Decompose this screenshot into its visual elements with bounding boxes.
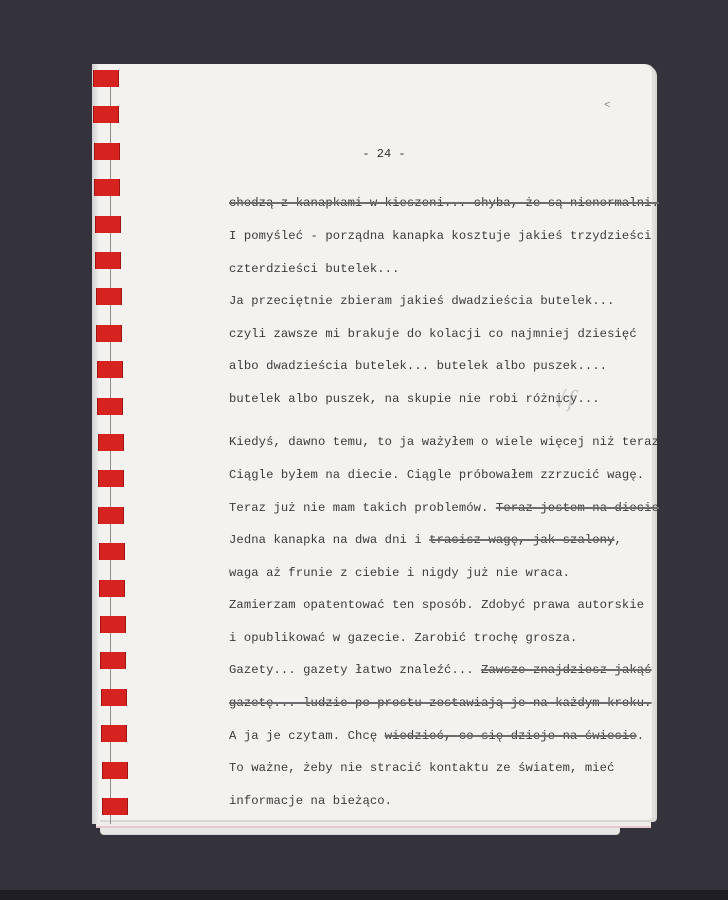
text-line: butelek albo puszek, na skupie nie robi … <box>229 392 600 406</box>
page-number: - 24 - <box>0 147 728 161</box>
text-segment: czyli zawsze mi brakuje do kolacji co na… <box>229 327 637 341</box>
struck-text: chodzą z kanapkami w kieszeni... chyba, … <box>229 196 659 210</box>
binding-tab <box>95 216 121 233</box>
text-line: Teraz już nie mam takich problemów. Tera… <box>229 501 666 515</box>
text-segment: waga aż frunie z ciebie i nigdy już nie … <box>229 566 570 580</box>
struck-text: Zawsze znajdziesz jakąś <box>481 663 652 677</box>
text-segment: Teraz już nie mam takich problemów. <box>229 501 496 515</box>
text-line: waga aż frunie z ciebie i nigdy już nie … <box>229 566 570 580</box>
text-segment: Ciągle byłem na diecie. Ciągle próbowałe… <box>229 468 644 482</box>
text-segment: Ja przeciętnie zbieram jakieś dwadzieści… <box>229 294 615 308</box>
text-line: A ja je czytam. Chcę wiedzieć, co się dz… <box>229 729 644 743</box>
binding-tab <box>101 689 127 706</box>
binding-tab <box>99 543 125 560</box>
text-line: Kiedyś, dawno temu, to ja ważyłem o wiel… <box>229 435 666 449</box>
spiral-binding <box>92 64 132 832</box>
binding-tab <box>102 798 128 815</box>
text-segment: czterdzieści butelek... <box>229 262 400 276</box>
text-segment: i opublikować w gazecie. Zarobić trochę … <box>229 631 577 645</box>
struck-text: tracisz wagę, jak szalony <box>429 533 614 547</box>
scanner-bed-edge <box>0 890 728 900</box>
text-line: Jedna kanapka na dwa dni i tracisz wagę,… <box>229 533 622 547</box>
binding-tab <box>97 398 123 415</box>
binding-tab <box>100 652 126 669</box>
text-line: Gazety... gazety łatwo znaleźć... Zawsze… <box>229 663 652 677</box>
text-segment: , <box>615 533 622 547</box>
text-segment: I pomyśleć - porządna kanapka kosztuje j… <box>229 229 666 243</box>
text-line: gazetę... ludzie po prostu zostawiają je… <box>229 696 652 710</box>
binding-tab <box>102 762 128 779</box>
text-segment: Kiedyś, dawno temu, to ja ważyłem o wiel… <box>229 435 666 449</box>
binding-tab <box>97 361 123 378</box>
text-line: chodzą z kanapkami w kieszeni... chyba, … <box>229 196 659 210</box>
binding-tab <box>98 470 124 487</box>
corner-pencil-mark: < <box>604 100 611 112</box>
text-line: Zamierzam opatentować ten sposób. Zdobyć… <box>229 598 644 612</box>
text-line: Ciągle byłem na diecie. Ciągle próbowałe… <box>229 468 644 482</box>
text-segment: To ważne, żeby nie stracić kontaktu ze ś… <box>229 761 615 775</box>
binding-tab <box>101 725 127 742</box>
binding-tab <box>96 288 122 305</box>
text-line: czyli zawsze mi brakuje do kolacji co na… <box>229 327 637 341</box>
text-line: czterdzieści butelek... <box>229 262 400 276</box>
text-segment: informacje na bieżąco. <box>229 794 392 808</box>
text-segment: Gazety... gazety łatwo znaleźć... <box>229 663 481 677</box>
text-segment: A ja je czytam. Chcę <box>229 729 385 743</box>
binding-tab <box>95 252 121 269</box>
binding-tab <box>94 179 120 196</box>
text-line: To ważne, żeby nie stracić kontaktu ze ś… <box>229 761 615 775</box>
binding-tab <box>99 580 125 597</box>
struck-text: gazetę... ludzie po prostu zostawiają je… <box>229 696 652 710</box>
text-segment: . <box>637 729 644 743</box>
text-segment: butelek albo puszek, na skupie nie robi … <box>229 392 600 406</box>
binding-tab <box>100 616 126 633</box>
text-line: I pomyśleć - porządna kanapka kosztuje j… <box>229 229 666 243</box>
text-segment: . <box>659 501 666 515</box>
binding-tab <box>96 325 122 342</box>
binding-tab <box>93 106 119 123</box>
binding-tab <box>93 70 119 87</box>
struck-text: wiedzieć, co się dzieje na świecie <box>385 729 637 743</box>
text-segment: Zamierzam opatentować ten sposób. Zdobyć… <box>229 598 644 612</box>
binding-tab <box>98 507 124 524</box>
text-line: Ja przeciętnie zbieram jakieś dwadzieści… <box>229 294 615 308</box>
struck-text: Teraz jestem na diecie <box>496 501 659 515</box>
binding-tab <box>98 434 124 451</box>
text-line: informacje na bieżąco. <box>229 794 392 808</box>
text-segment: albo dwadzieścia butelek... butelek albo… <box>229 359 607 373</box>
text-line: i opublikować w gazecie. Zarobić trochę … <box>229 631 577 645</box>
text-line: albo dwadzieścia butelek... butelek albo… <box>229 359 607 373</box>
text-segment: Jedna kanapka na dwa dni i <box>229 533 429 547</box>
